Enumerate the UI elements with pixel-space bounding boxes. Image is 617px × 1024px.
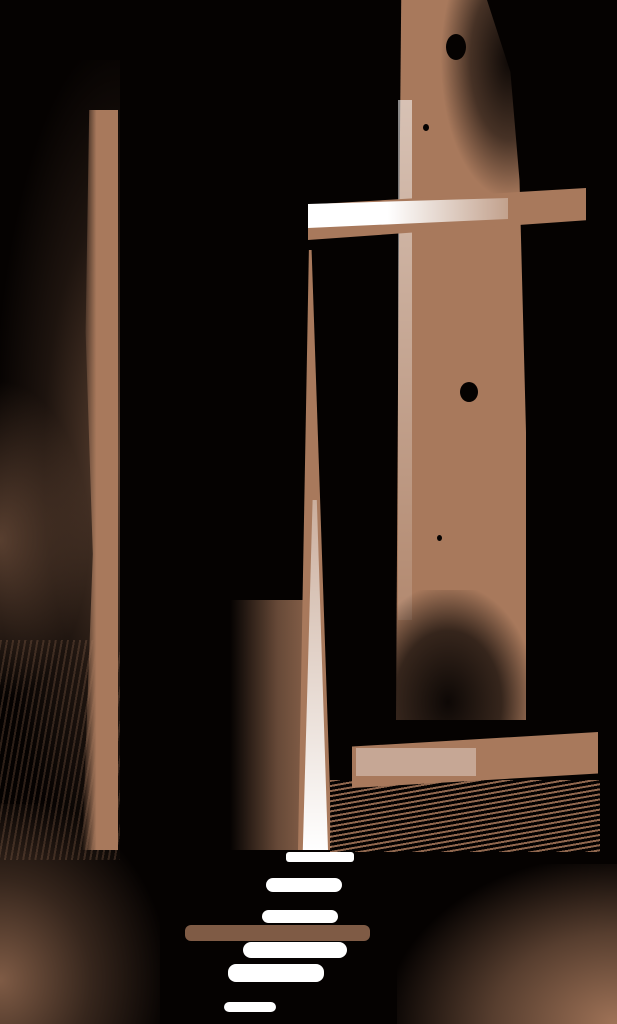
wood-knot [446,34,466,60]
ground-debris [330,780,600,852]
photo-scene [0,0,617,1024]
reflection-streak [228,964,324,982]
reflection-tan-band [185,925,370,941]
stick-backlight [230,600,310,850]
water-glow-left [0,804,160,1024]
reflection-streak [243,942,347,958]
reflection-streak [266,878,342,892]
post-weathering-top [440,0,540,200]
reflection-streak [262,910,338,923]
wood-knot [437,535,442,541]
wood-knot [460,382,478,402]
lower-crossbar-highlight [356,748,476,776]
reflection-streak [224,1002,276,1012]
water-glow-right [397,864,617,1024]
post-weathering-bottom [392,590,532,730]
wood-knot [423,124,429,131]
post-highlight [398,100,412,620]
reflection-streak [286,852,354,862]
